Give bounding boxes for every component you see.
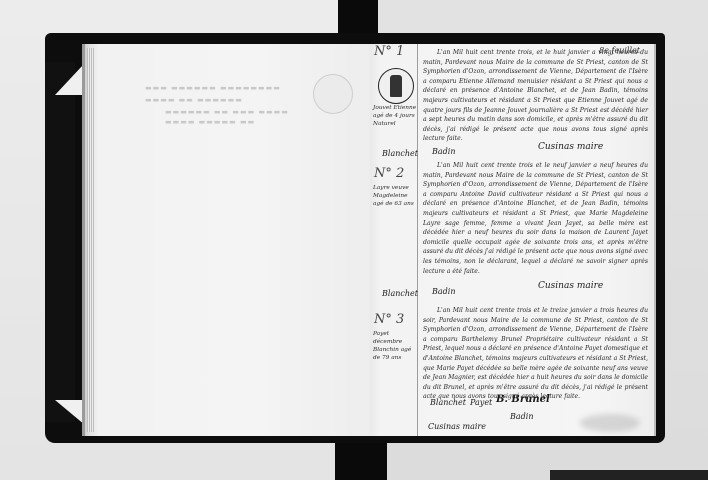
signature: Payet: [470, 398, 492, 407]
page-edges: [87, 48, 95, 432]
signature: Badin: [432, 287, 455, 296]
ink-smudge: [580, 414, 640, 432]
entry-text: L'an Mil huit cent trente trois et le tr…: [423, 306, 648, 402]
scanner-gap-bottom: [335, 440, 387, 480]
signature: Cusinas maire: [538, 142, 603, 152]
tax-stamp: [378, 68, 414, 104]
scanner-edge: [550, 470, 708, 480]
margin-note: Payet décembre Blanchin agé de 79 ans: [373, 330, 417, 362]
bleed-through-text: ▬▬▬▬▬▬ ▬▬ ▬▬▬ ▬▬▬▬: [165, 108, 289, 116]
stamp-figure-icon: [390, 75, 402, 97]
signature: Cusinas maire: [538, 281, 603, 291]
signature: Badin: [432, 147, 455, 156]
signature: Badin: [510, 412, 533, 421]
bleed-through-text: ▬▬▬▬ ▬▬▬▬▬ ▬▬: [165, 118, 255, 126]
bleed-through-stamp: [313, 74, 353, 114]
entry-text: L'an Mil huit cent trente trois et le ne…: [423, 161, 648, 276]
right-page: 8e feuillet N° 1 Jouvet Etienne agé de 4…: [370, 44, 656, 436]
cover-spine-edge: [45, 62, 75, 422]
signature: Cusinas maire: [428, 422, 486, 431]
signature: Blanchet: [430, 398, 466, 407]
margin-note: Layre veuve Magdeleine agé de 63 ans: [373, 184, 417, 208]
entry-number: N° 3: [374, 312, 404, 327]
entry-number: N° 1: [374, 44, 404, 59]
signature: Blanchet: [382, 289, 418, 298]
entry-text: L'an Mil huit cent trente trois, et le h…: [423, 48, 648, 144]
signature: Blanchet: [382, 149, 418, 158]
margin-note: Jouvet Etienne agé de 4 jours Naturel: [373, 104, 417, 128]
entry-number: N° 2: [374, 166, 404, 181]
signature: B. Brunel: [496, 394, 550, 405]
bleed-through-text: ▬▬▬▬ ▬▬ ▬▬▬▬▬▬: [145, 96, 243, 104]
margin-rule: [417, 44, 418, 436]
bleed-through-text: ▬▬▬ ▬▬▬▬▬▬ ▬▬▬▬▬▬▬▬: [145, 84, 281, 92]
left-page: ▬▬▬ ▬▬▬▬▬▬ ▬▬▬▬▬▬▬▬ ▬▬▬▬ ▬▬ ▬▬▬▬▬▬ ▬▬▬▬▬…: [82, 44, 373, 436]
